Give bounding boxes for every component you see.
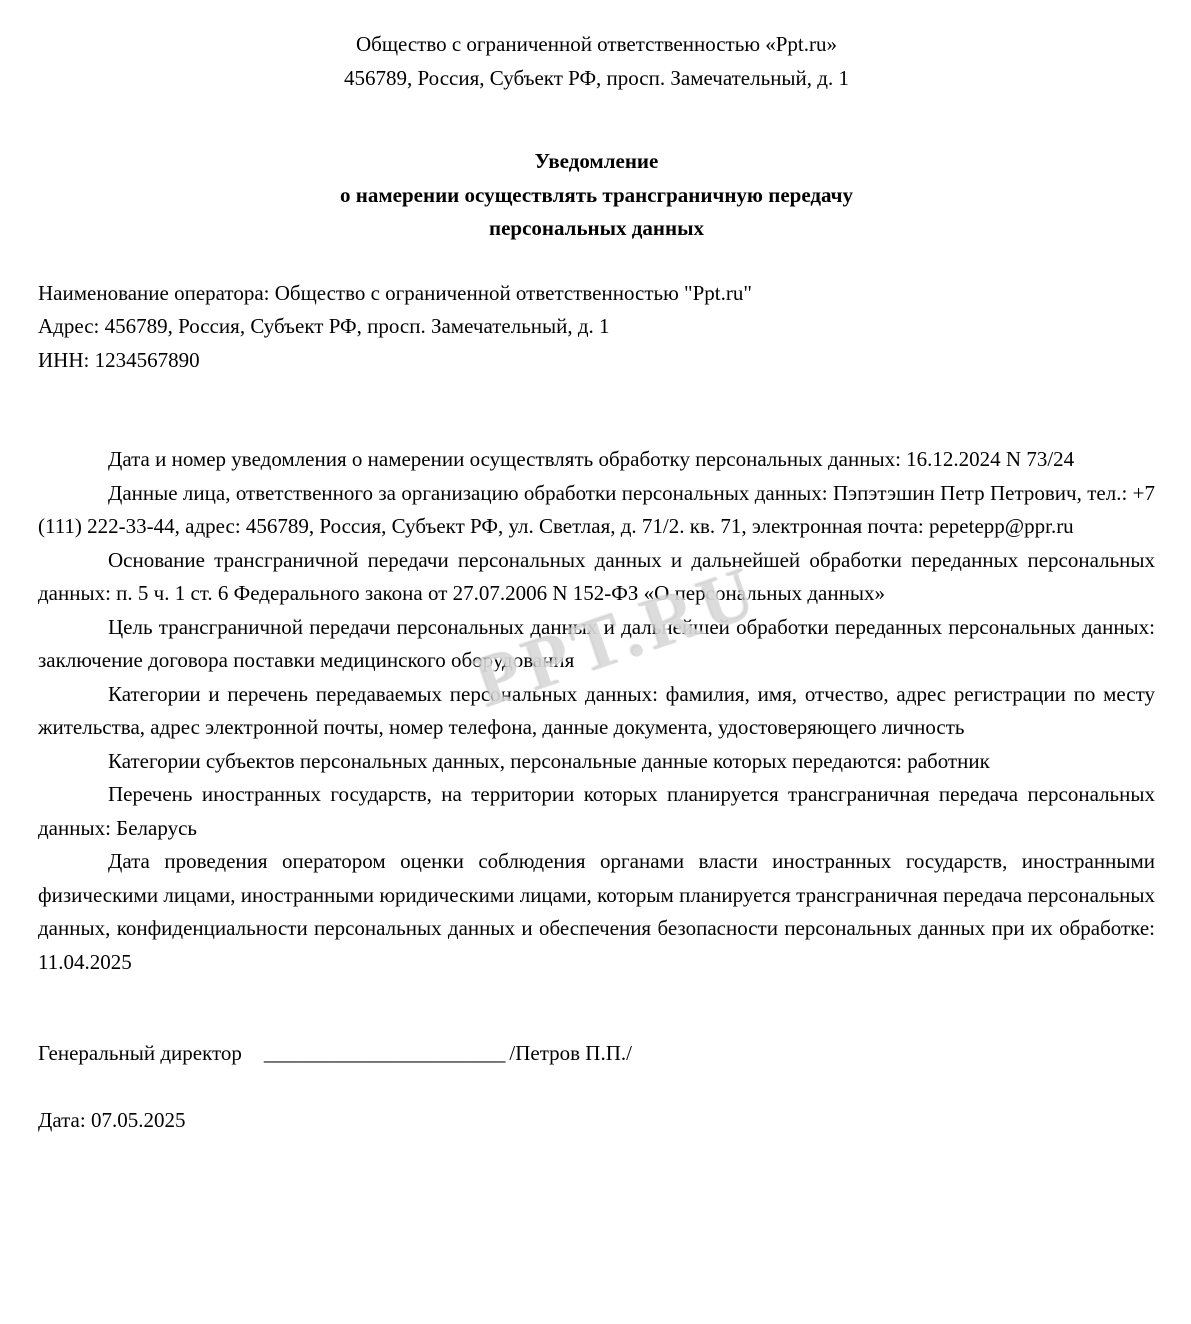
document-title-line-1: Уведомление	[38, 145, 1155, 179]
document-title: Уведомление о намерении осуществлять тра…	[38, 145, 1155, 246]
document-date: Дата: 07.05.2025	[38, 1104, 1155, 1138]
signature-position-label: Генеральный директор	[38, 1041, 242, 1065]
document-body: Дата и номер уведомления о намерении осу…	[38, 443, 1155, 979]
body-paragraph-responsible-person: Данные лица, ответственного за организац…	[38, 477, 1155, 544]
body-paragraph-subject-categories: Категории субъектов персональных данных,…	[38, 745, 1155, 779]
body-paragraph-notification-date: Дата и номер уведомления о намерении осу…	[38, 443, 1155, 477]
signature-block: Генеральный директор____________________…	[38, 1037, 1155, 1071]
body-paragraph-assessment-date: Дата проведения оператором оценки соблюд…	[38, 845, 1155, 979]
signature-name: /Петров П.П./	[509, 1041, 632, 1065]
operator-name: Наименование оператора: Общество с огран…	[38, 277, 1155, 311]
letterhead-company: Общество с ограниченной ответственностью…	[38, 28, 1155, 62]
body-paragraph-purpose: Цель трансграничной передачи персональны…	[38, 611, 1155, 678]
operator-inn: ИНН: 1234567890	[38, 344, 1155, 378]
body-paragraph-foreign-states: Перечень иностранных государств, на терр…	[38, 778, 1155, 845]
body-paragraph-legal-basis: Основание трансграничной передачи персон…	[38, 544, 1155, 611]
document-title-line-2: о намерении осуществлять трансграничную …	[38, 179, 1155, 213]
body-paragraph-data-categories: Категории и перечень передаваемых персон…	[38, 678, 1155, 745]
letterhead: Общество с ограниченной ответственностью…	[38, 28, 1155, 95]
document-title-line-3: персональных данных	[38, 212, 1155, 246]
letterhead-address: 456789, Россия, Субъект РФ, просп. Замеч…	[38, 62, 1155, 96]
signature-blank-line: _______________________	[264, 1037, 506, 1071]
operator-address: Адрес: 456789, Россия, Субъект РФ, просп…	[38, 310, 1155, 344]
operator-details: Наименование оператора: Общество с огран…	[38, 277, 1155, 378]
document-page: Общество с ограниченной ответственностью…	[0, 0, 1191, 1324]
